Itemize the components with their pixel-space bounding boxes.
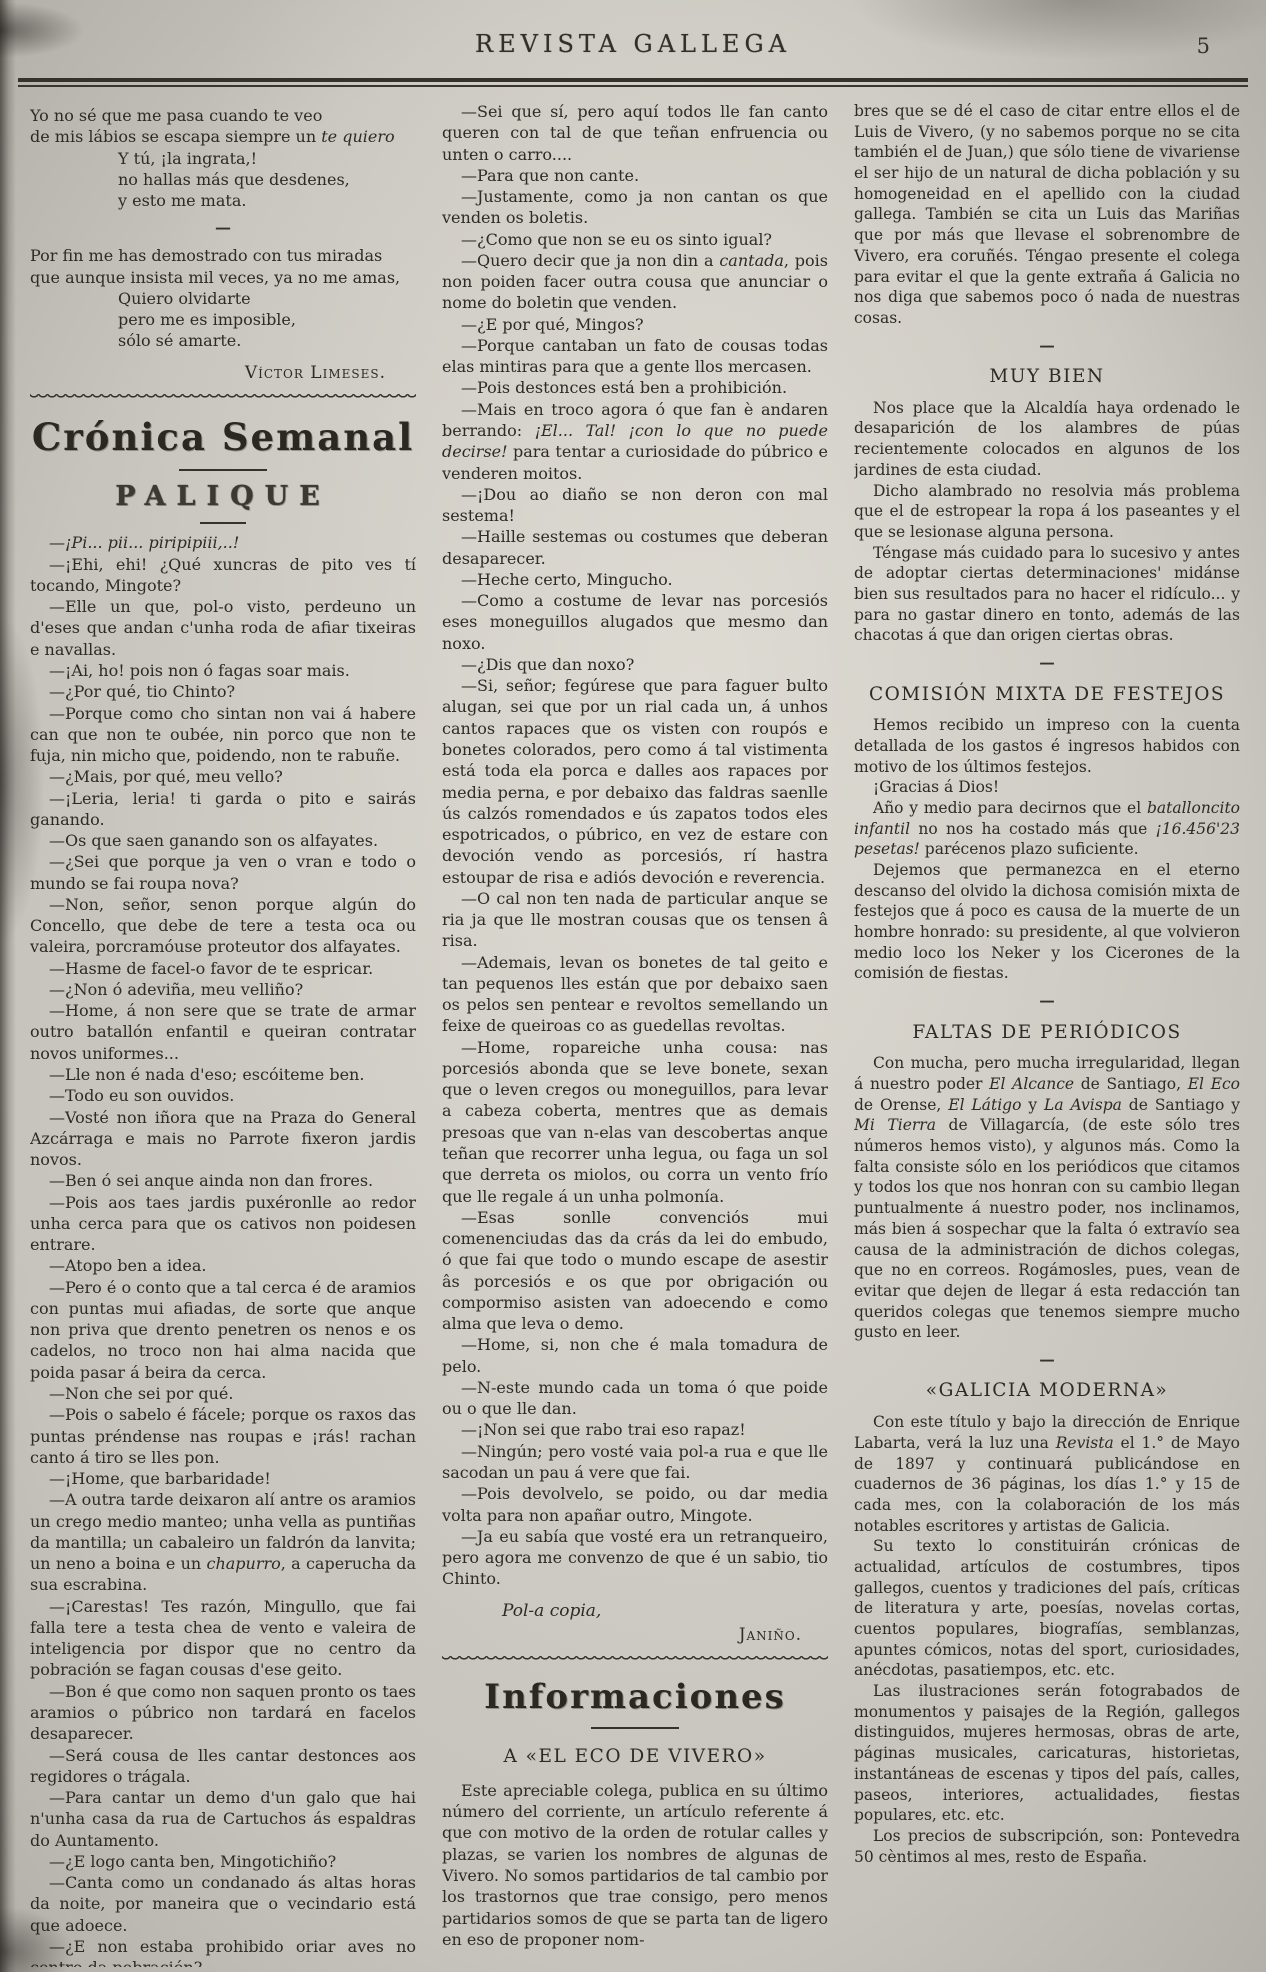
dialogue-paragraph: —Lle non é nada d'eso; escóiteme ben. bbox=[30, 1064, 416, 1085]
dialogue-paragraph: —Como a costume de levar nas porcesiós e… bbox=[442, 590, 828, 654]
column-1: Yo no sé que me pasa cuando te veode mis… bbox=[30, 101, 416, 1967]
dialogue-paragraph: —¡Home, que barbaridade! bbox=[30, 1468, 416, 1489]
article-paragraph: Dejemos que permanezca en el eterno desc… bbox=[854, 860, 1240, 984]
poem-line: pero me es imposible, bbox=[30, 309, 416, 330]
author-signature: Janiño. bbox=[442, 1624, 828, 1646]
dialogue-paragraph: —A outra tarde deixaron alí antre os ara… bbox=[30, 1489, 416, 1595]
page-number: 5 bbox=[1197, 34, 1210, 58]
poem-line: y esto me mata. bbox=[30, 190, 416, 211]
dialogue-paragraph: —¡Pi... pii... piripipiii,..! bbox=[30, 532, 416, 553]
dash-separator: — bbox=[854, 655, 1240, 671]
dialogue-paragraph: —¿E logo canta ben, Mingotichiño? bbox=[30, 1851, 416, 1872]
dialogue-paragraph: —Non che sei por qué. bbox=[30, 1383, 416, 1404]
dialogue-paragraph: —Para cantar un demo d'un galo que hai n… bbox=[30, 1787, 416, 1851]
dialogue-paragraph: —Pois devolvelo, se poido, ou dar media … bbox=[442, 1483, 828, 1526]
wavy-rule bbox=[442, 1656, 828, 1663]
dialogue-paragraph: —O cal non ten nada de particular anque … bbox=[442, 888, 828, 952]
dialogue-paragraph: —Hasme de facel-o favor de te espricar. bbox=[30, 958, 416, 979]
article-title-eco-de-vivero: A «EL ECO DE VIVERO» bbox=[442, 1745, 828, 1770]
article-comision-mixta: Hemos recibido un impreso con la cuenta … bbox=[854, 715, 1240, 984]
heading-rule bbox=[591, 1727, 679, 1729]
poem-line: de mis lábios se escapa siempre un te qu… bbox=[30, 126, 416, 147]
heading-rule bbox=[179, 469, 267, 471]
dialogue-paragraph: —Porque cantaban un fato de cousas todas… bbox=[442, 335, 828, 378]
dialogue-paragraph: —Pois o sabelo é fácele; porque os raxos… bbox=[30, 1404, 416, 1468]
article-eco-de-vivero: Este apreciable colega, publica en su úl… bbox=[442, 1780, 828, 1950]
page-title: REVISTA GALLEGA bbox=[0, 30, 1266, 58]
article-paragraph: Con mucha, pero mucha irregularidad, lle… bbox=[854, 1053, 1240, 1343]
dialogue-paragraph: —Quero decir que ja non din a cantada, p… bbox=[442, 250, 828, 314]
article-paragraph: Dicho alambrado no resolvia más problema… bbox=[854, 481, 1240, 543]
article-paragraph: Con este título y bajo la dirección de E… bbox=[854, 1412, 1240, 1536]
dialogue-paragraph: —Haille sestemas ou costumes que deberan… bbox=[442, 526, 828, 569]
poem-stanza-1: Yo no sé que me pasa cuando te veode mis… bbox=[30, 105, 416, 211]
dialogue-paragraph: —¿E non estaba prohibido oriar aves no c… bbox=[30, 1936, 416, 1967]
dialogue-paragraph: —Mais en troco agora ó que fan è andaren… bbox=[442, 399, 828, 484]
dialogue-paragraph: —¿Sei que porque ja ven o vran e todo o … bbox=[30, 851, 416, 894]
dialogue-paragraph: —Si, señor; fegúrese que para faguer bul… bbox=[442, 675, 828, 888]
dialogue-paragraph: —¡Leria, leria! ti garda o pito e sairás… bbox=[30, 788, 416, 831]
dialogue-paragraph: —Pois aos taes jardis puxéronlle ao redo… bbox=[30, 1192, 416, 1256]
column-2: —Sei que sí, pero aquí todos lle fan can… bbox=[442, 101, 828, 1967]
article-muy-bien: Nos place que la Alcaldía haya ordenado … bbox=[854, 398, 1240, 646]
dialogue-paragraph: —Ja eu sabía que vosté era un retranquei… bbox=[442, 1526, 828, 1590]
dialogue-paragraph: —¡Non sei que rabo trai eso rapaz! bbox=[442, 1419, 828, 1440]
section-title-muy-bien: MUY BIEN bbox=[854, 365, 1240, 390]
article-paragraph: ¡Gracias á Dios! bbox=[854, 777, 1240, 798]
dialogue-paragraph: —Todo eu son ouvidos. bbox=[30, 1085, 416, 1106]
dialogue-paragraph: —Será cousa de lles cantar destonces aos… bbox=[30, 1745, 416, 1788]
dialogue-paragraph: —¿Por qué, tio Chinto? bbox=[30, 681, 416, 702]
section-title-informaciones: Informaciones bbox=[442, 1675, 828, 1720]
article-paragraph: Hemos recibido un impreso con la cuenta … bbox=[854, 715, 1240, 777]
dash-separator: — bbox=[854, 1352, 1240, 1368]
dialogue-paragraph: —¿Como que non se eu os sinto igual? bbox=[442, 229, 828, 250]
poem-line: sólo sé amarte. bbox=[30, 330, 416, 351]
heading-rule bbox=[200, 522, 246, 524]
article-paragraph: bres que se dé el caso de citar entre el… bbox=[854, 101, 1240, 329]
dialogue-paragraph: —Vosté non iñora que na Praza do General… bbox=[30, 1107, 416, 1171]
dialogue-paragraph: —Home, á non sere que se trate de armar … bbox=[30, 1000, 416, 1064]
dialogue-paragraph: —¿Non ó adeviña, meu velliño? bbox=[30, 979, 416, 1000]
article-galicia-moderna: Con este título y bajo la dirección de E… bbox=[854, 1412, 1240, 1867]
poem: Yo no sé que me pasa cuando te veode mis… bbox=[30, 105, 416, 384]
dialogue-paragraph: —Justamente, como ja non cantan os que v… bbox=[442, 186, 828, 229]
article-paragraph: Nos place que la Alcaldía haya ordenado … bbox=[854, 398, 1240, 481]
poem-line: Yo no sé que me pasa cuando te veo bbox=[30, 105, 416, 126]
article-faltas-de-periodicos: Con mucha, pero mucha irregularidad, lle… bbox=[854, 1053, 1240, 1343]
section-title-faltas-de-periodicos: FALTAS DE PERIÓDICOS bbox=[854, 1021, 1240, 1046]
dash-separator: — bbox=[30, 220, 416, 236]
dialogue-paragraph: —Ben ó sei anque ainda non dan frores. bbox=[30, 1170, 416, 1191]
dialogue-paragraph: —Non, señor, senon porque algún do Conce… bbox=[30, 894, 416, 958]
article-eco-de-vivero-continuation: bres que se dé el caso de citar entre el… bbox=[854, 101, 1240, 329]
masthead: REVISTA GALLEGA 5 bbox=[0, 0, 1266, 74]
dash-separator: — bbox=[854, 338, 1240, 354]
article-paragraph: Su texto lo constituirán crónicas de act… bbox=[854, 1536, 1240, 1681]
dialogue-paragraph: —Sei que sí, pero aquí todos lle fan can… bbox=[442, 101, 828, 165]
dialogue-paragraph: —¡Carestas! Tes razón, Mingullo, que fai… bbox=[30, 1596, 416, 1681]
poem-line: Por fin me has demostrado con tus mirada… bbox=[30, 245, 416, 266]
dialogue-paragraph: —Home, si, non che é mala tomadura de pe… bbox=[442, 1334, 828, 1377]
poem-line: que aunque insista mil veces, ya no me a… bbox=[30, 267, 416, 288]
dialogue-paragraph: —¡Dou ao diaño se non deron con mal sest… bbox=[442, 484, 828, 527]
newspaper-page: REVISTA GALLEGA 5 Yo no sé que me pasa c… bbox=[0, 0, 1266, 1972]
copy-line: Pol-a copia, bbox=[442, 1600, 828, 1623]
dialogue-paragraph: —Ningún; pero vosté vaia pol-a rua e que… bbox=[442, 1441, 828, 1484]
dialogue-paragraph: —Esas sonlle convenciós mui comenenciuda… bbox=[442, 1207, 828, 1335]
dialogue-paragraph: —N-este mundo cada un toma ó que poide o… bbox=[442, 1377, 828, 1420]
dialogue-paragraph: —¿Dis que dan noxo? bbox=[442, 654, 828, 675]
dialogue-paragraph: —Para que non cante. bbox=[442, 165, 828, 186]
article-paragraph: Los precios de subscripción, son: Pontev… bbox=[854, 1826, 1240, 1867]
dialogue-paragraph: —Bon é que como non saquen pronto os tae… bbox=[30, 1681, 416, 1745]
dialogue-paragraph: —Os que saen ganando son os alfayates. bbox=[30, 830, 416, 851]
dialogue-paragraph: —Canta como un condanado ás altas horas … bbox=[30, 1872, 416, 1936]
article-paragraph: Año y medio para decirnos que el batallo… bbox=[854, 798, 1240, 860]
dialogue-paragraph: —¿E por qué, Mingos? bbox=[442, 314, 828, 335]
dash-separator: — bbox=[854, 993, 1240, 1009]
palique-dialogue-part1: —¡Pi... pii... piripipiii,..!—¡Ehi, ehi!… bbox=[30, 532, 416, 1967]
dialogue-paragraph: —¡Ehi, ehi! ¿Qué xuncras de pito ves tí … bbox=[30, 554, 416, 597]
dialogue-paragraph: —Heche certo, Mingucho. bbox=[442, 569, 828, 590]
section-title-comision-mixta: COMISIÓN MIXTA DE FESTEJOS bbox=[854, 683, 1240, 708]
columns: Yo no sé que me pasa cuando te veode mis… bbox=[0, 87, 1266, 1967]
section-title-cronica-semanal: Crónica Semanal bbox=[30, 413, 416, 462]
section-title-galicia-moderna: «GALICIA MODERNA» bbox=[854, 1379, 1240, 1404]
dialogue-paragraph: —¿Mais, por qué, meu vello? bbox=[30, 766, 416, 787]
article-paragraph: Téngase más cuidado para lo sucesivo y a… bbox=[854, 543, 1240, 646]
poem-line: no hallas más que desdenes, bbox=[30, 169, 416, 190]
dialogue-paragraph: —¡Ai, ho! pois non ó fagas soar mais. bbox=[30, 660, 416, 681]
wavy-rule bbox=[30, 394, 416, 401]
dialogue-paragraph: —Home, ropareiche unha cousa: nas porces… bbox=[442, 1037, 828, 1207]
dialogue-paragraph: —Ademais, levan os bonetes de tal geito … bbox=[442, 952, 828, 1037]
poem-line: Quiero olvidarte bbox=[30, 288, 416, 309]
dialogue-paragraph: —Pero é o conto que a tal cerca é de ara… bbox=[30, 1277, 416, 1383]
dialogue-paragraph: —Pois destonces está ben a prohibición. bbox=[442, 377, 828, 398]
section-subtitle-palique: PALIQUE bbox=[30, 479, 416, 515]
header-rule bbox=[18, 78, 1248, 87]
dialogue-paragraph: —Elle un que, pol-o visto, perdeuno un d… bbox=[30, 596, 416, 660]
article-paragraph: Las ilustraciones serán fotograbados de … bbox=[854, 1681, 1240, 1826]
article-paragraph: Este apreciable colega, publica en su úl… bbox=[442, 1780, 828, 1950]
poem-stanza-2: Por fin me has demostrado con tus mirada… bbox=[30, 245, 416, 351]
dialogue-paragraph: —Porque como cho sintan non vai á habere… bbox=[30, 703, 416, 767]
palique-dialogue-part2: —Sei que sí, pero aquí todos lle fan can… bbox=[442, 101, 828, 1590]
poem-signature: Víctor Limeses. bbox=[30, 362, 386, 385]
dialogue-paragraph: —Atopo ben a idea. bbox=[30, 1255, 416, 1276]
poem-line: Y tú, ¡la ingrata,! bbox=[30, 148, 416, 169]
column-3: bres que se dé el caso de citar entre el… bbox=[854, 101, 1240, 1967]
